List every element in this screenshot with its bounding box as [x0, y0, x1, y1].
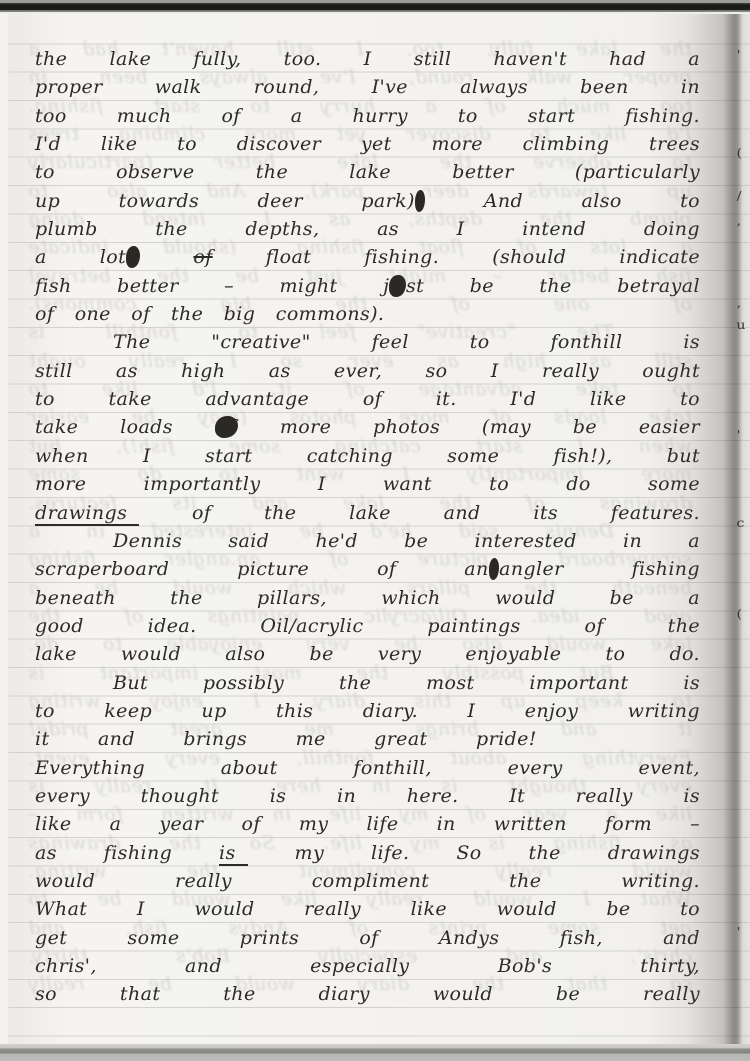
- facing-page-ink-mark: ': [737, 48, 741, 62]
- handwriting-line: scraperboard picture of an.angler fishin…: [35, 558, 700, 586]
- facing-page-ink-mark: ,: [737, 214, 742, 228]
- facing-page-ink-mark: ,: [737, 296, 742, 310]
- handwriting-line: so that the diary would be really: [35, 983, 700, 1011]
- handwriting-line: like a year of my life in written form –: [35, 813, 700, 841]
- underlined-word: drawings: [35, 502, 139, 526]
- ink-blot: ,: [415, 190, 425, 212]
- handwriting-line: fish better – might just be the betrayal: [35, 275, 700, 303]
- handwriting-line: chris', and especially Bob's thirty,: [35, 955, 700, 983]
- underlined-word: is: [219, 842, 248, 866]
- ink-blot: s: [126, 246, 140, 268]
- scanned-notebook-page: the lake fully, too. I still haven't had…: [0, 0, 750, 1061]
- handwriting-line: more importantly I want to do some: [35, 473, 700, 501]
- handwriting-line: a lots of float fishing. (should indicat…: [35, 246, 700, 274]
- facing-page-ink-mark: u: [736, 318, 745, 332]
- handwriting-line: it and brings me great pride!: [35, 728, 700, 756]
- scan-bottom-edge: [0, 1044, 750, 1061]
- ink-blot: of: [215, 416, 238, 438]
- facing-page-ink-mark: /: [737, 189, 742, 203]
- handwriting-line: plumb the depths, as I intend doing: [35, 218, 700, 246]
- handwriting-line: I'd like to discover yet more climbing t…: [35, 133, 700, 161]
- facing-page-ink-mark: (: [737, 146, 743, 160]
- handwriting-line: beneath the pillars, which would be a: [35, 587, 700, 615]
- scan-left-edge: [0, 12, 8, 1046]
- facing-page-ink-mark: c: [736, 516, 744, 530]
- handwriting-line: too much of a hurry to start fishing.: [35, 105, 700, 133]
- handwriting-line: Dennis said he'd be interested in a: [35, 530, 700, 558]
- handwriting-line: as fishing is my life. So the drawings: [35, 842, 700, 870]
- handwriting-line: when I start catching some fish!), but: [35, 445, 700, 473]
- handwriting-line: Everything about fonthill, every event,: [35, 757, 700, 785]
- facing-page-ink-mark: ': [737, 925, 741, 939]
- handwriting-line: still as high as ever, so I really ought: [35, 360, 700, 388]
- handwriting-line: to take advantage of it. I'd like to: [35, 388, 700, 416]
- handwriting-line: the lake fully, too. I still haven't had…: [35, 48, 700, 76]
- handwriting-lines: the lake fully, too. I still haven't had…: [35, 48, 700, 1012]
- handwriting-line: every thought is in here. It really is: [35, 785, 700, 813]
- handwriting-line: would really compliment the writing.: [35, 870, 700, 898]
- ink-blot: .: [489, 558, 499, 580]
- handwriting-line: proper walk round, I've always been in: [35, 76, 700, 104]
- ink-blot: u: [389, 275, 406, 297]
- handwriting-line: take loads of more photos (may be easier: [35, 416, 700, 444]
- handwriting-line: But possibly the most important is: [35, 672, 700, 700]
- facing-page-ink-mark: (: [737, 607, 743, 621]
- facing-page-ink-mark: ': [737, 428, 741, 442]
- notebook-paper: the lake fully, too. I still haven't had…: [8, 12, 750, 1046]
- facing-page-sliver: '(/,,u'c(': [734, 12, 750, 1046]
- handwriting-line: lake would also be very enjoyable to do.: [35, 643, 700, 671]
- handwriting-line: What I would really like would be to: [35, 898, 700, 926]
- handwriting-line: up towards deer park), And also to: [35, 190, 700, 218]
- handwriting-line: to observe the lake better (particularly: [35, 161, 700, 189]
- handwriting-line: drawings of the lake and its features.: [35, 502, 700, 530]
- scan-top-edge: [0, 0, 750, 14]
- handwriting-line: to keep up this diary. I enjoy writing: [35, 700, 700, 728]
- handwriting-line: The "creative" feel to fonthill is: [35, 331, 700, 359]
- handwriting-line: good idea. Oil/acrylic paintings of the: [35, 615, 700, 643]
- handwriting-line: get some prints of Andys fish, and: [35, 927, 700, 955]
- handwriting-line: of one of the big commons).: [35, 303, 700, 331]
- struck-out-word: of: [193, 246, 212, 268]
